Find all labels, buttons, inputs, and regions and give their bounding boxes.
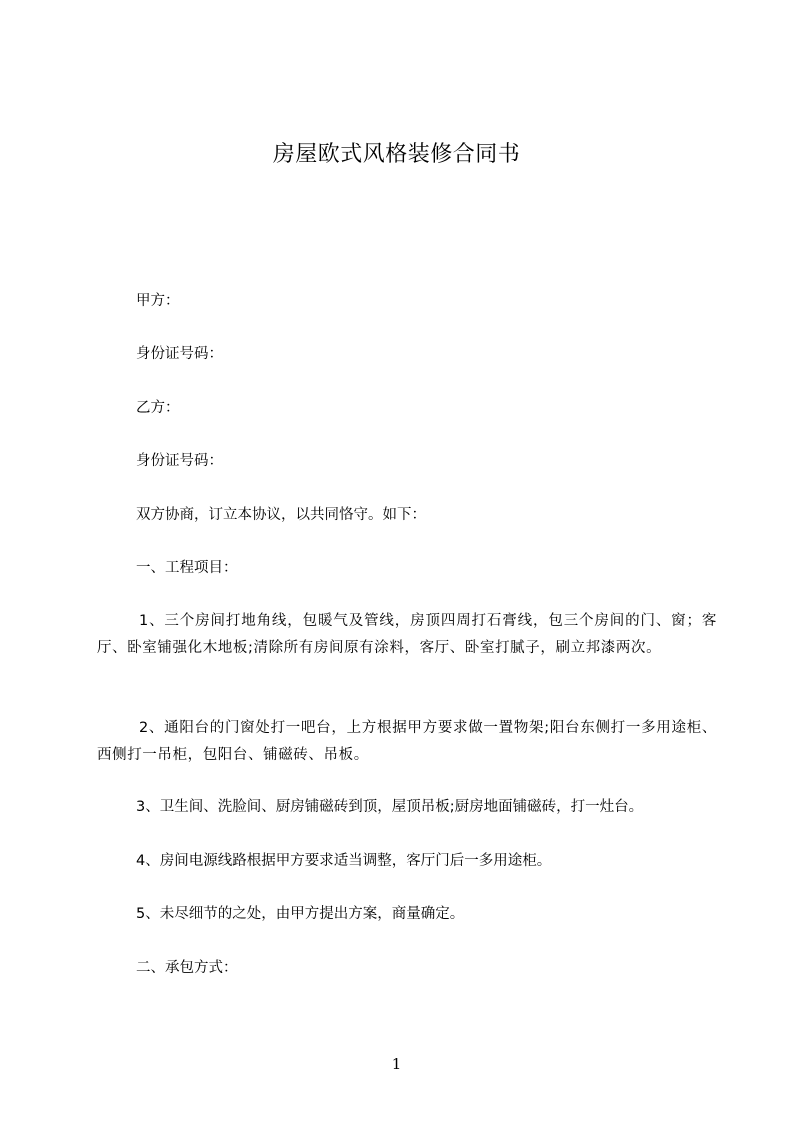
project-item-1: 1、三个房间打地角线，包暖气及管线，房顶四周打石膏线，包三个房间的门、窗；客厅、…	[97, 608, 717, 662]
project-item-3: 3、卫生间、洗脸间、厨房铺磁砖到顶，屋顶吊板;厨房地面铺磁砖，打一灶台。	[136, 797, 643, 817]
document-title: 房屋欧式风格装修合同书	[0, 140, 793, 170]
party-b-id-label: 身份证号码：	[136, 451, 223, 471]
section-heading-project: 一、工程项目：	[136, 558, 238, 578]
party-a-id-label: 身份证号码：	[136, 344, 223, 364]
section-heading-contract-method: 二、承包方式：	[136, 958, 238, 978]
party-a-label: 甲方：	[136, 291, 180, 311]
party-b-label: 乙方：	[136, 398, 180, 418]
project-item-2: 2、通阳台的门窗处打一吧台，上方根据甲方要求做一置物架;阳台东侧打一多用途柜、西…	[97, 715, 717, 769]
document-page: 房屋欧式风格装修合同书 甲方： 身份证号码： 乙方： 身份证号码： 双方协商，订…	[0, 0, 793, 1122]
intro-paragraph: 双方协商，订立本协议，以共同恪守。如下：	[136, 505, 426, 525]
page-number: 1	[0, 1055, 793, 1073]
project-item-4: 4、房间电源线路根据甲方要求适当调整，客厅门后一多用途柜。	[136, 851, 551, 871]
project-item-5: 5、未尽细节的之处，由甲方提出方案，商量确定。	[136, 904, 464, 924]
